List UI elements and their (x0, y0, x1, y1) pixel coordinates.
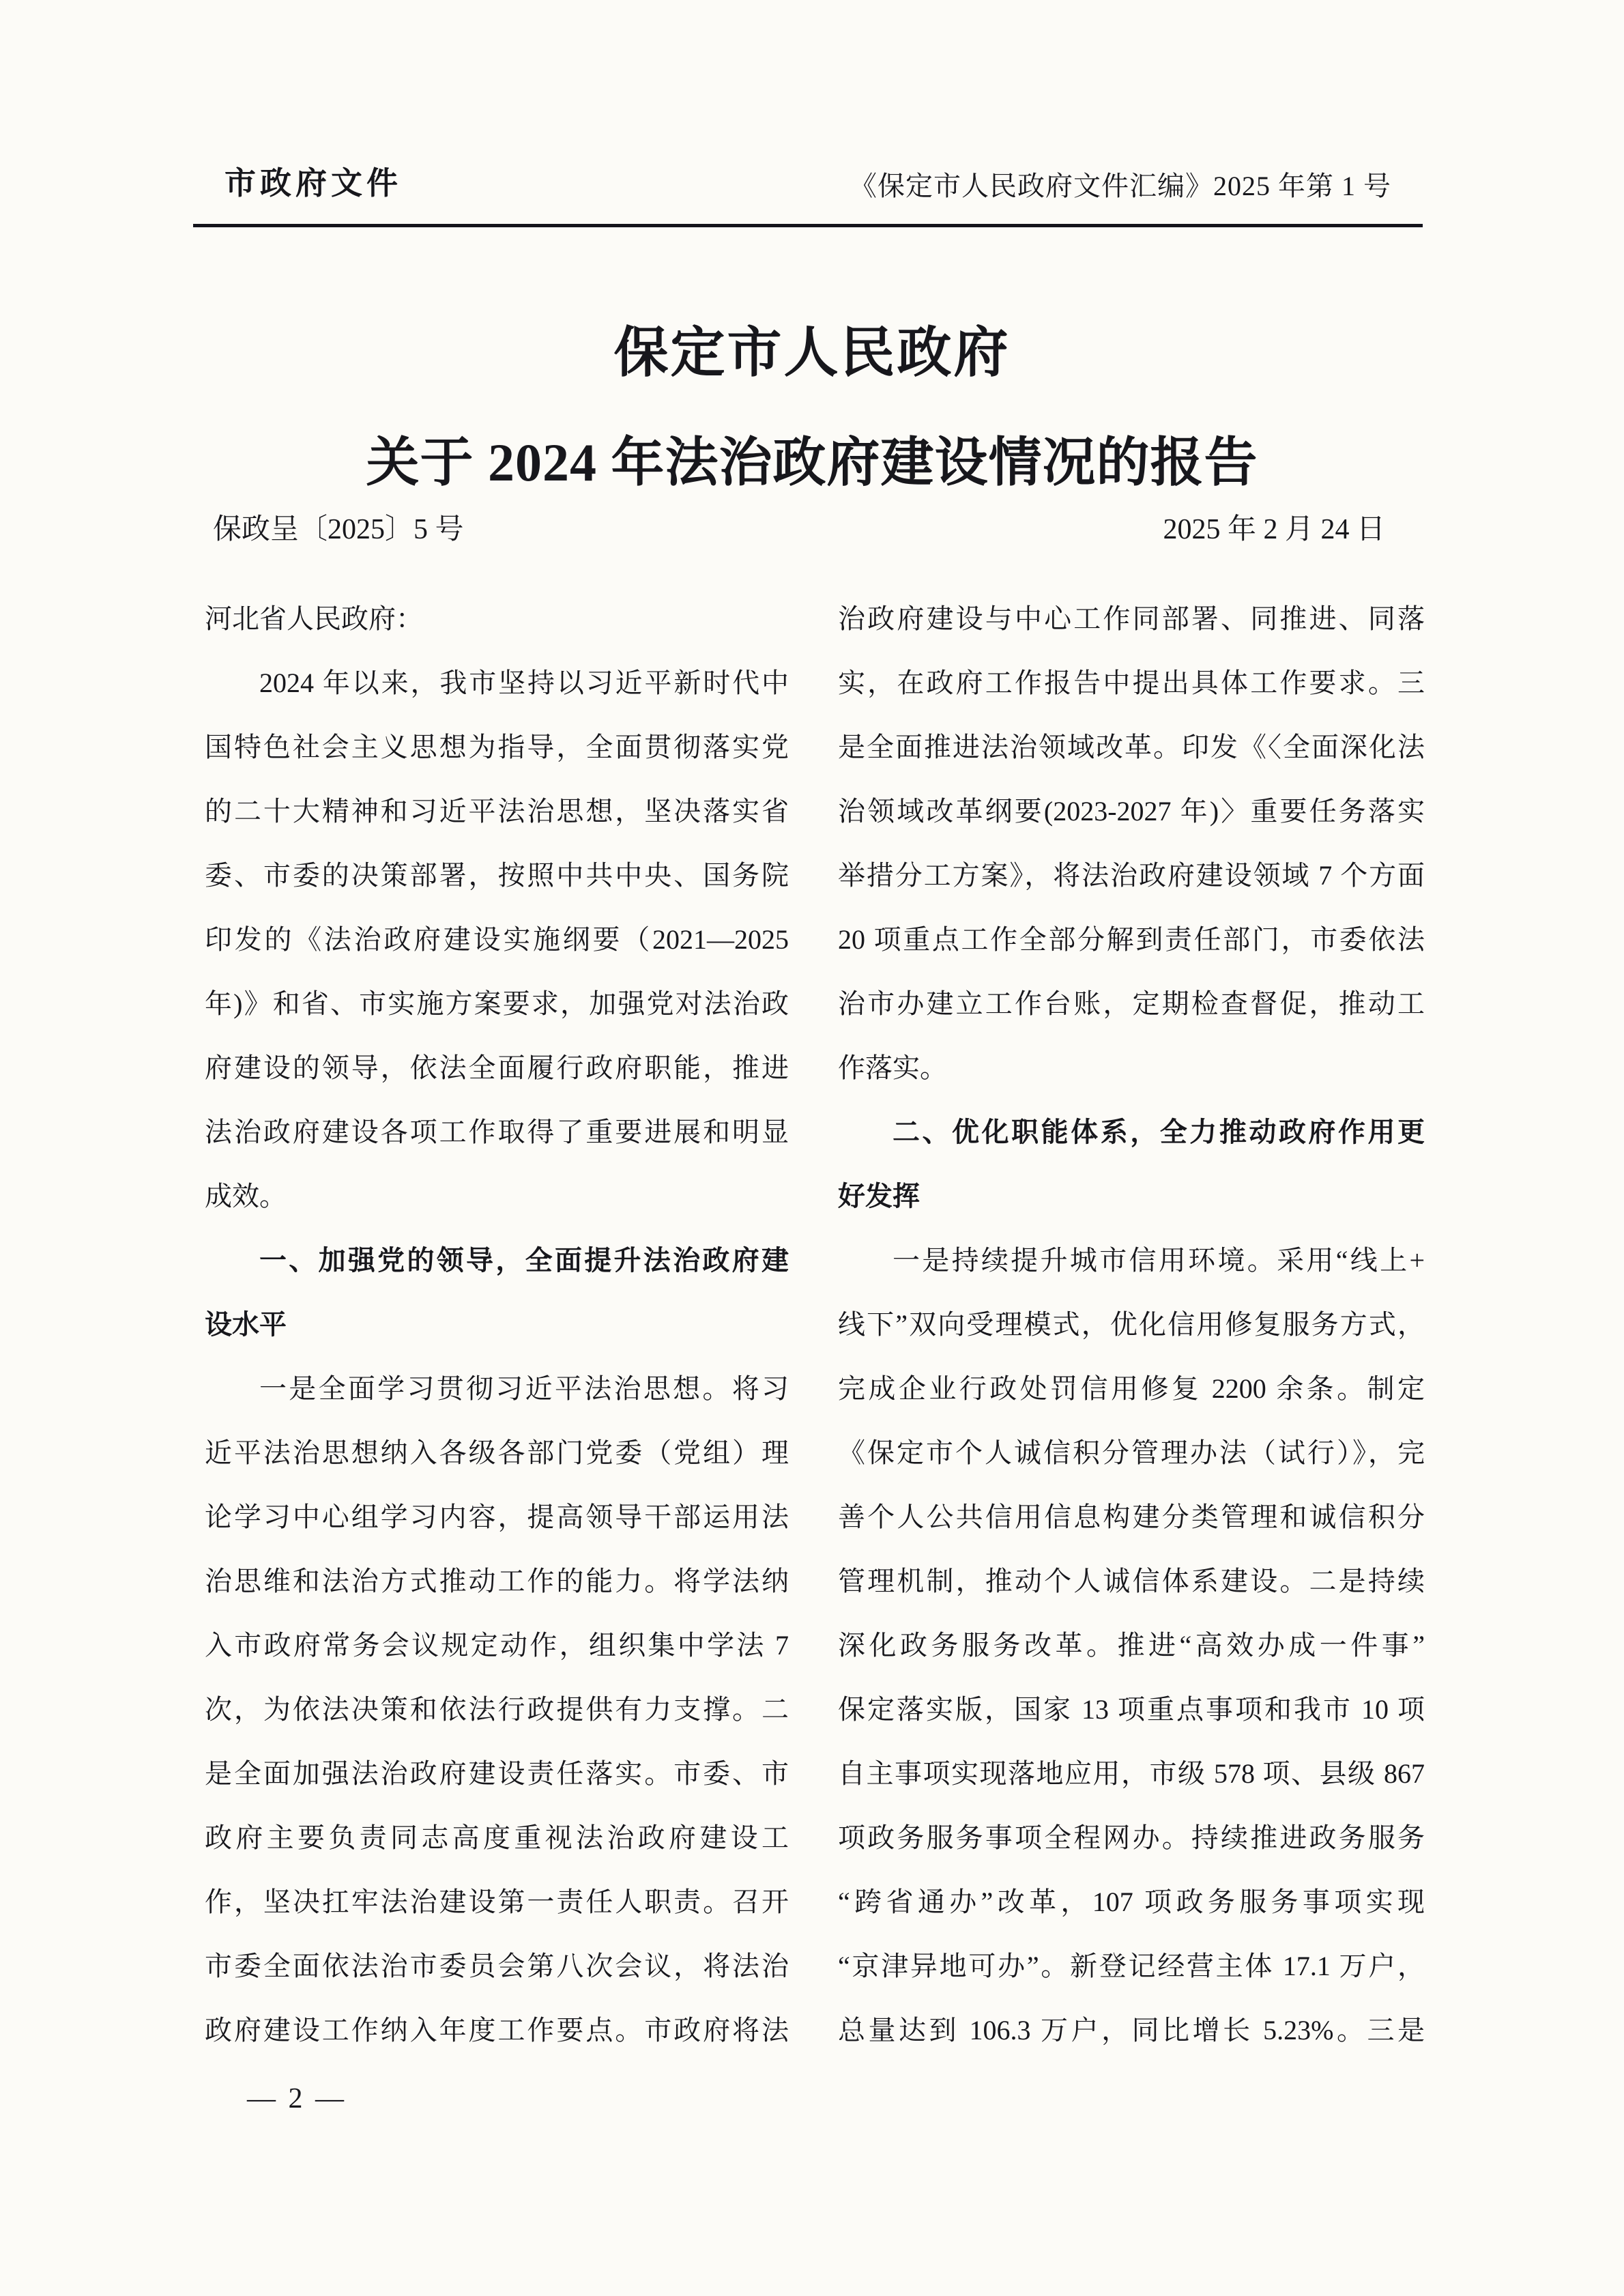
body-line: 完成企业行政处罚信用修复 2200 余条。制定 (838, 1357, 1425, 1421)
body-line: “跨省通办”改革，107 项政务服务事项实现 (838, 1870, 1425, 1934)
body-line: 论学习中心组学习内容，提高领导干部运用法 (205, 1485, 789, 1549)
body-line: 治政府建设与中心工作同部署、同推进、同落 (838, 587, 1425, 651)
header-compilation-issue: 《保定市人民政府文件汇编》2025 年第 1 号 (850, 164, 1423, 203)
body-line: 河北省人民政府： (205, 587, 789, 651)
document-page: 市政府文件 《保定市人民政府文件汇编》2025 年第 1 号 保定市人民政府 关… (0, 0, 1624, 2296)
body-line: 保定落实版，国家 13 项重点事项和我市 10 项 (838, 1678, 1425, 1742)
body-line: 法治政府建设各项工作取得了重要进展和明显 (205, 1100, 789, 1164)
body-line: 政府主要负责同志高度重视法治政府建设工 (205, 1806, 789, 1870)
body-line: 国特色社会主义思想为指导，全面贯彻落实党 (205, 715, 789, 779)
body-line: 自主事项实现落地应用，市级 578 项、县级 867 (838, 1742, 1425, 1806)
body-line: 成效。 (205, 1164, 789, 1229)
title-issuer: 保定市人民政府 (0, 308, 1624, 387)
header-rule (193, 224, 1423, 227)
body-line: 2024 年以来，我市坚持以习近平新时代中 (205, 651, 789, 715)
body-line: 印发的《法治政府建设实施纲要（2021—2025 (205, 908, 789, 972)
body-line: 市委全面依法治市委员会第八次会议，将法治 (205, 1934, 789, 1998)
body-line: 年)》和省、市实施方案要求，加强党对法治政 (205, 972, 789, 1036)
body-line: 是全面加强法治政府建设责任落实。市委、市 (205, 1742, 789, 1806)
body-right-column: 治政府建设与中心工作同部署、同推进、同落实，在政府工作报告中提出具体工作要求。三… (838, 587, 1425, 2063)
body-line: 委、市委的决策部署，按照中共中央、国务院 (205, 844, 789, 908)
body-line: 一、加强党的领导，全面提升法治政府建 (205, 1229, 789, 1293)
body-line: 是全面推进法治领域改革。印发《〈全面深化法 (838, 715, 1425, 779)
body-line: 政府建设工作纳入年度工作要点。市政府将法 (205, 1998, 789, 2063)
doc-number: 保政呈〔2025〕5 号 (213, 506, 464, 547)
body-line: 近平法治思想纳入各级各部门党委（党组）理 (205, 1421, 789, 1485)
header-doc-category: 市政府文件 (193, 158, 402, 203)
body-line: 治思维和法治方式推动工作的能力。将学法纳 (205, 1549, 789, 1613)
body-line: 举措分工方案》，将法治政府建设领域 7 个方面 (838, 844, 1425, 908)
document-title: 保定市人民政府 关于 2024 年法治政府建设情况的报告 (0, 308, 1624, 496)
body-line: 的二十大精神和习近平法治思想，坚决落实省 (205, 779, 789, 844)
body-line: 一是全面学习贯彻习近平法治思想。将习 (205, 1357, 789, 1421)
body-line: 入市政府常务会议规定动作，组织集中学法 7 (205, 1613, 789, 1678)
body-line: 作落实。 (838, 1036, 1425, 1100)
body-left-column: 河北省人民政府：2024 年以来，我市坚持以习近平新时代中国特色社会主义思想为指… (205, 587, 789, 2063)
body-line: 总量达到 106.3 万户，同比增长 5.23%。三是 (838, 1998, 1425, 2063)
body-line: 善个人公共信用信息构建分类管理和诚信积分 (838, 1485, 1425, 1549)
body-line: 《保定市个人诚信积分管理办法（试行）》，完 (838, 1421, 1425, 1485)
body-line: 一是持续提升城市信用环境。采用“线上+ (838, 1229, 1425, 1293)
body-line: 项政务服务事项全程网办。持续推进政务服务 (838, 1806, 1425, 1870)
page-header: 市政府文件 《保定市人民政府文件汇编》2025 年第 1 号 (193, 158, 1423, 203)
document-meta: 保政呈〔2025〕5 号 2025 年 2 月 24 日 (213, 506, 1385, 547)
title-subject: 关于 2024 年法治政府建设情况的报告 (0, 420, 1624, 496)
page-number: — 2 — (247, 2067, 347, 2131)
body-line: 好发挥 (838, 1164, 1425, 1229)
body-line: 府建设的领导，依法全面履行政府职能，推进 (205, 1036, 789, 1100)
body-line: 20 项重点工作全部分解到责任部门，市委依法 (838, 908, 1425, 972)
body-line: 治市办建立工作台账，定期检查督促，推动工 (838, 972, 1425, 1036)
body-line: 实，在政府工作报告中提出具体工作要求。三 (838, 651, 1425, 715)
body-line: 管理机制，推动个人诚信体系建设。二是持续 (838, 1549, 1425, 1613)
body-line: 作，坚决扛牢法治建设第一责任人职责。召开 (205, 1870, 789, 1934)
doc-date: 2025 年 2 月 24 日 (1163, 506, 1385, 547)
body-line: 深化政务服务改革。推进“高效办成一件事” (838, 1613, 1425, 1678)
body-line: 线下”双向受理模式，优化信用修复服务方式， (838, 1293, 1425, 1357)
body-line: 二、优化职能体系，全力推动政府作用更 (838, 1100, 1425, 1164)
body-line: “京津异地可办”。新登记经营主体 17.1 万户， (838, 1934, 1425, 1998)
body-line: 次，为依法决策和依法行政提供有力支撑。二 (205, 1678, 789, 1742)
body-line: 治领域改革纲要(2023-2027 年)〉重要任务落实 (838, 779, 1425, 844)
body-line: 设水平 (205, 1293, 789, 1357)
